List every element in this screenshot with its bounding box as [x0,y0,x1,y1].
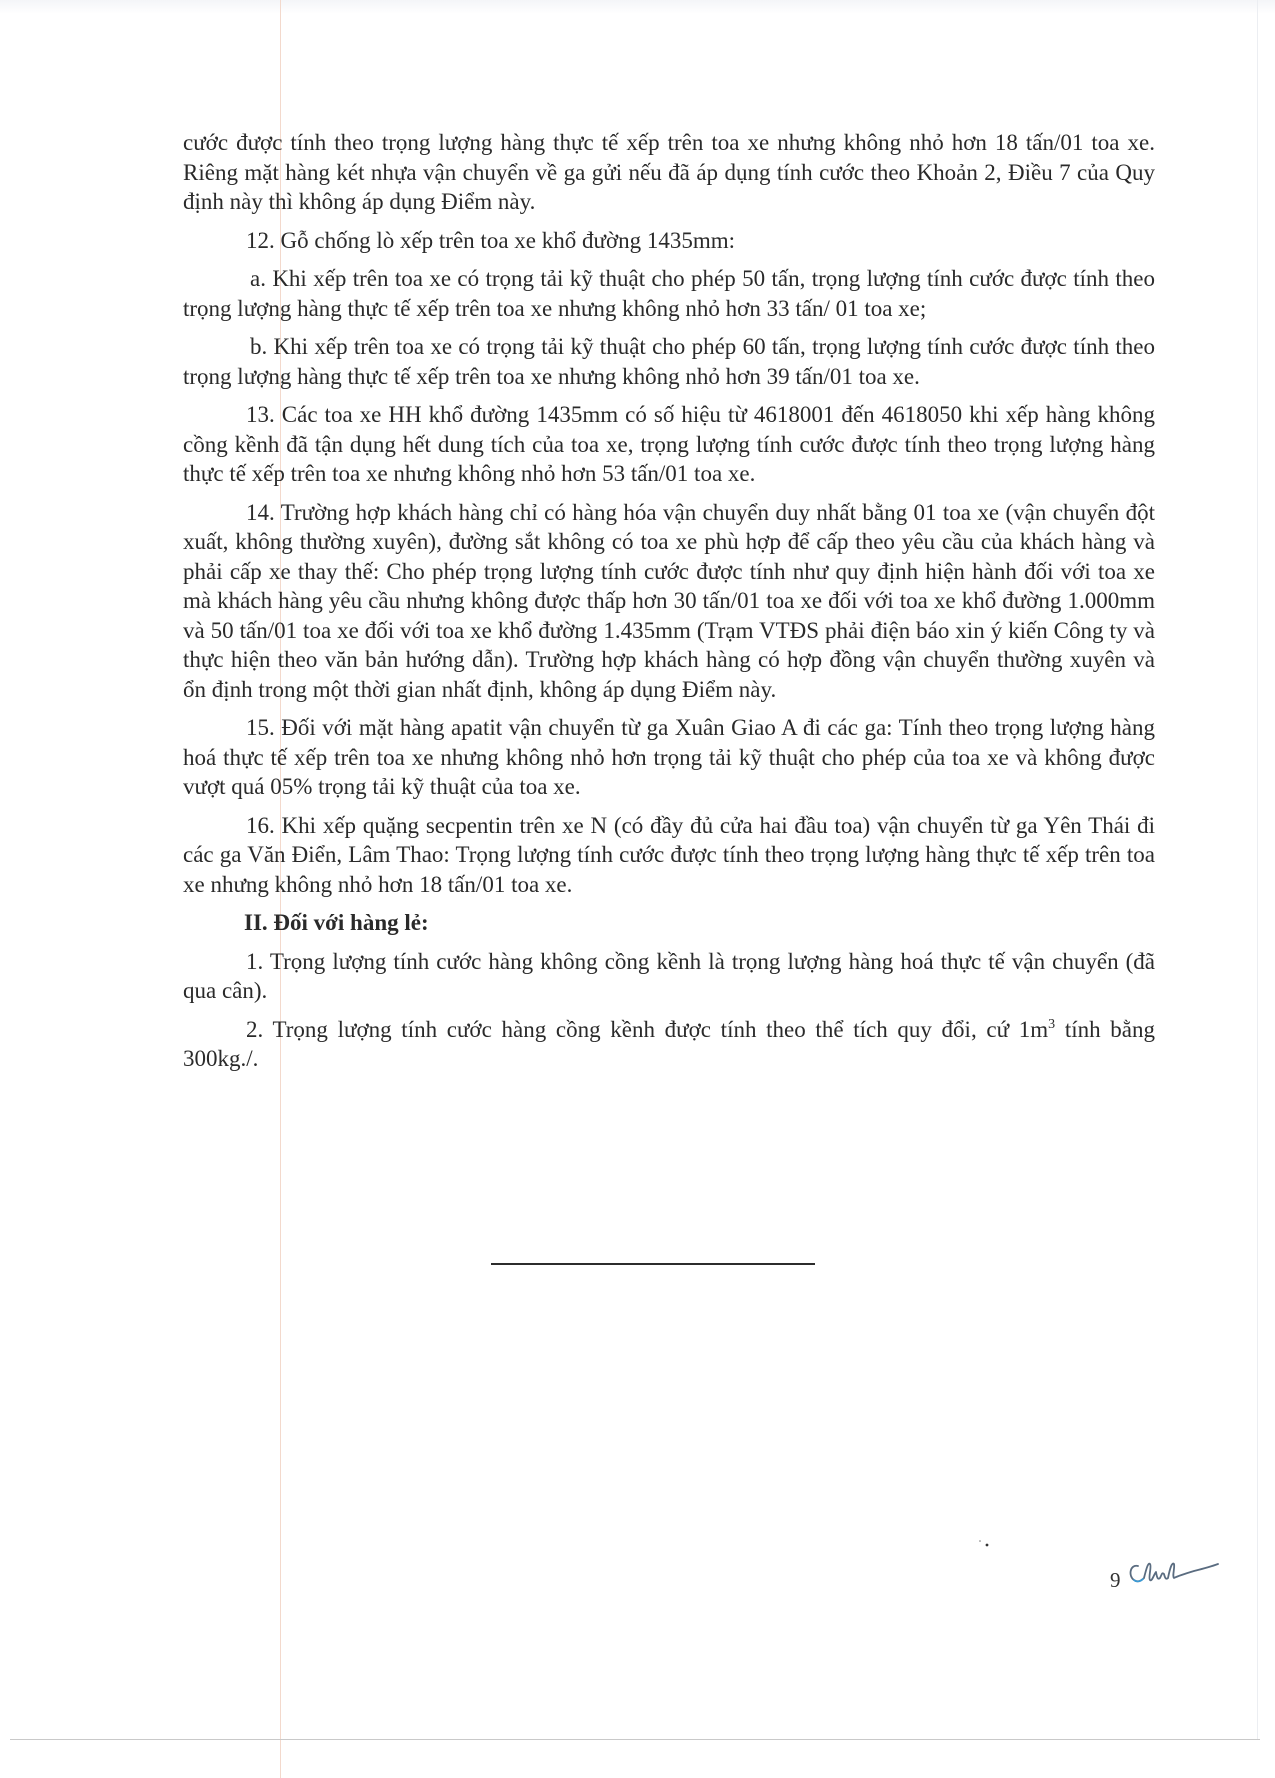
section-ii-heading: II. Đối với hàng lẻ: [183,908,1155,938]
paragraph-13: 13. Các toa xe HH khổ đường 1435mm có số… [183,400,1155,489]
document-body: cước được tính theo trọng lượng hàng thự… [183,128,1155,1083]
scan-speck [978,1535,990,1545]
paragraph-12a: a. Khi xếp trên toa xe có trọng tải kỹ t… [183,264,1155,323]
paragraph-12b: b. Khi xếp trên toa xe có trọng tải kỹ t… [183,332,1155,391]
paragraph-14: 14. Trường hợp khách hàng chỉ có hàng hó… [183,498,1155,705]
item-2-text: 2. Trọng lượng tính cước hàng cồng kềnh … [246,1017,1048,1042]
page-footer: 9 [1110,1560,1230,1600]
paragraph-11-continuation: cước được tính theo trọng lượng hàng thự… [183,128,1155,217]
section-ii-item-1: 1. Trọng lượng tính cước hàng không cồng… [183,947,1155,1006]
paragraph-15: 15. Đối với mặt hàng apatit vận chuyển t… [183,713,1155,802]
scan-artifact-bottom-line [10,1739,1260,1740]
end-of-document-rule [491,1263,815,1265]
paragraph-12: 12. Gỗ chống lò xếp trên toa xe khổ đườn… [183,226,1155,256]
page-number: 9 [1110,1568,1121,1593]
scan-artifact-right-edge [1257,0,1258,1740]
signature-initials-icon [1124,1556,1220,1592]
paragraph-16: 16. Khi xếp quặng secpentin trên xe N (c… [183,811,1155,900]
section-ii-item-2: 2. Trọng lượng tính cước hàng cồng kềnh … [183,1015,1155,1074]
scan-top-shade [0,0,1275,14]
